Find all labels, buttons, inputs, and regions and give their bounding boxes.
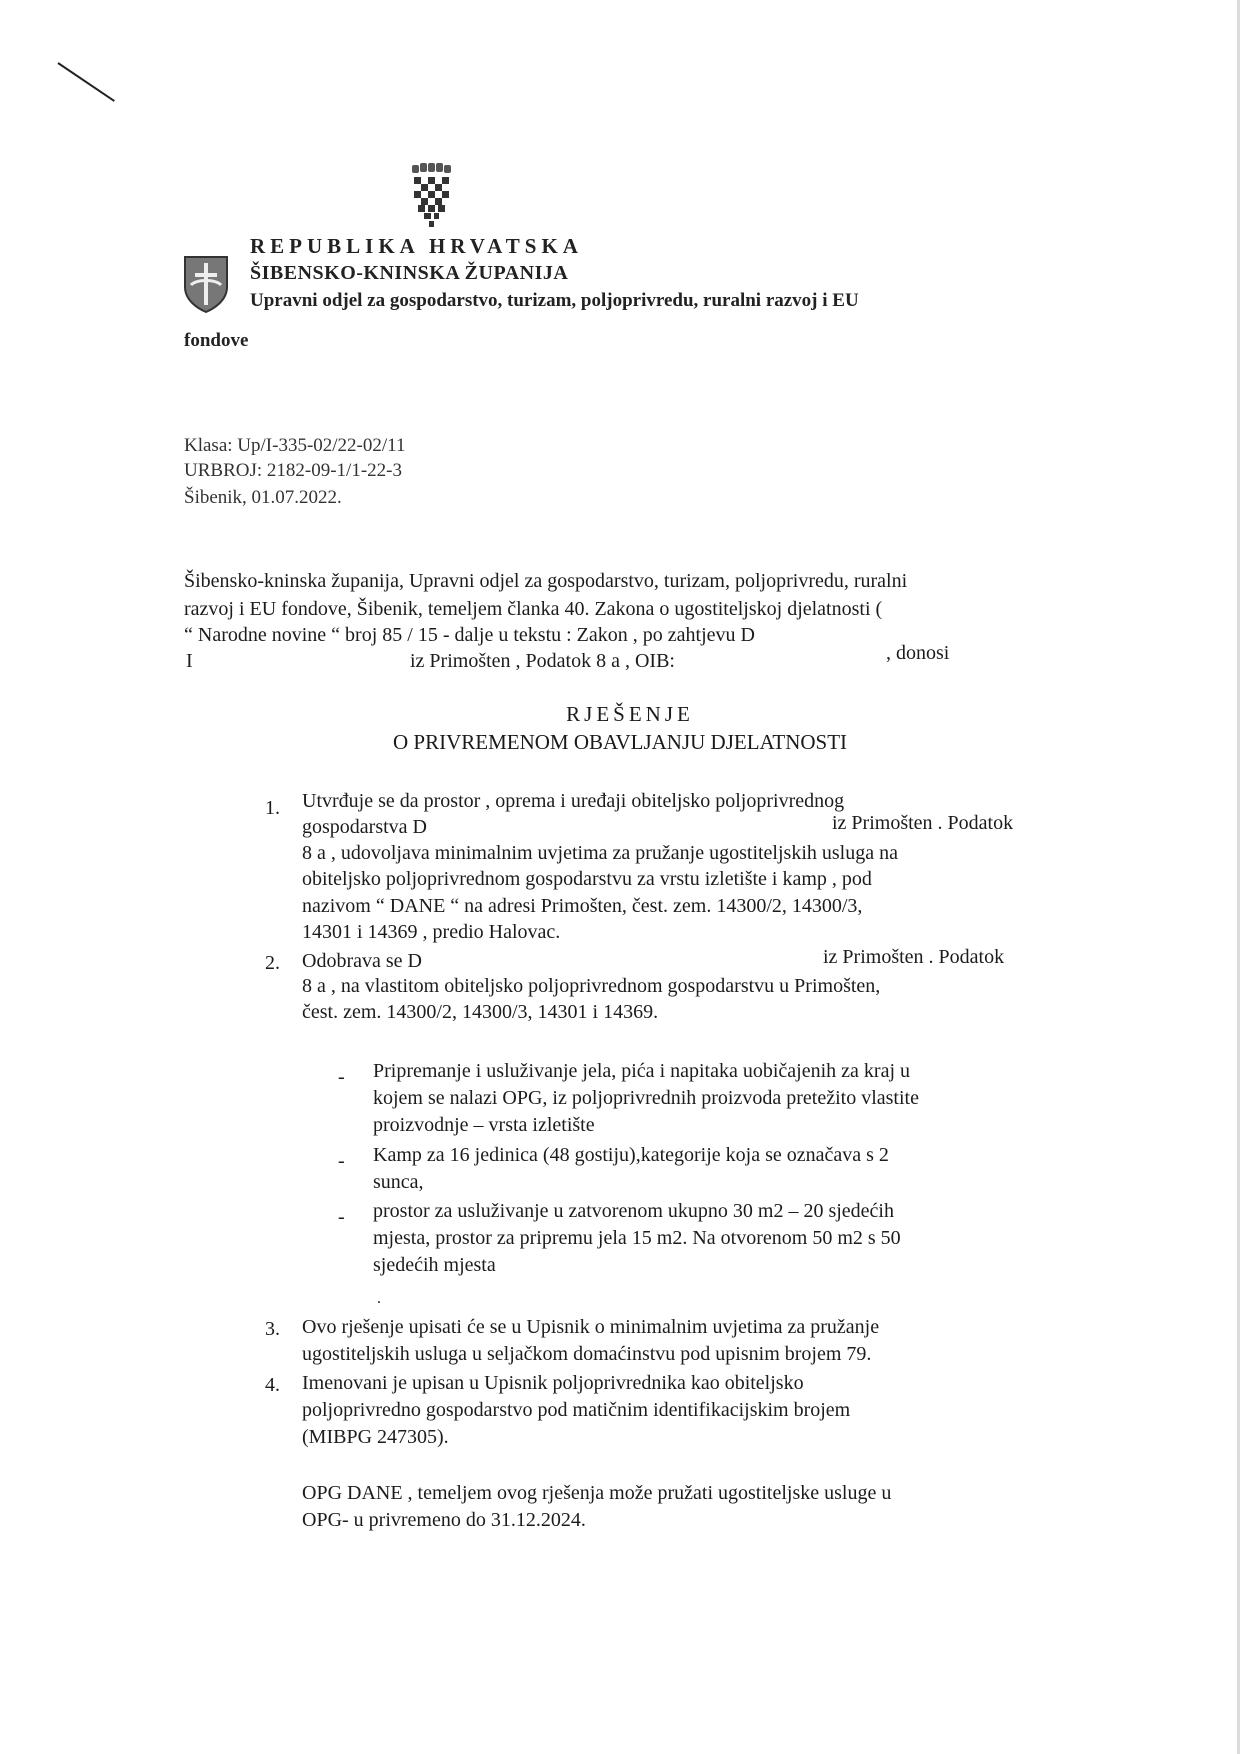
croatian-coat-of-arms-icon <box>410 163 454 235</box>
pen-mark <box>57 62 114 102</box>
item-line: Ovo rješenje upisati će se u Upisnik o m… <box>302 1316 879 1339</box>
bullet-marker: - <box>338 1206 345 1229</box>
item-number: 1. <box>265 797 280 820</box>
item-line: nazivom “ DANE “ na adresi Primošten, če… <box>302 895 862 918</box>
item-line: Utvrđuje se da prostor , oprema i uređaj… <box>302 790 844 813</box>
item-line: gospodarstva D <box>302 816 427 839</box>
decision-subtitle: O PRIVREMENOM OBAVLJANJU DJELATNOSTI <box>0 730 1240 755</box>
intro-line: Šibensko-kninska županija, Upravni odjel… <box>184 570 907 593</box>
item-line: obiteljsko poljoprivrednom gospodarstvu … <box>302 868 872 891</box>
department-name: Upravni odjel za gospodarstvo, turizam, … <box>250 290 859 312</box>
intro-line: , donosi <box>886 642 949 665</box>
klasa: Klasa: Up/I-335-02/22-02/11 <box>184 435 405 457</box>
item-line: 8 a , udovoljava minimalnim uvjetima za … <box>302 842 898 865</box>
item-line: iz Primošten . Podatok <box>823 946 1004 969</box>
county-shield-icon <box>183 255 229 313</box>
intro-line: iz Primošten , Podatok 8 a , OIB: <box>410 650 675 673</box>
bullet-line: prostor za usluživanje u zatvorenom ukup… <box>373 1200 894 1223</box>
decision-title: RJEŠENJE <box>0 702 1240 727</box>
bullet-line: sjedećih mjesta <box>373 1254 496 1277</box>
bullet-line: Pripremanje i usluživanje jela, pića i n… <box>373 1060 910 1083</box>
bullet-marker: - <box>338 1150 345 1173</box>
item-number: 3. <box>265 1318 280 1341</box>
item-line: Odobrava se D <box>302 950 422 973</box>
bullet-line: mjesta, prostor za pripremu jela 15 m2. … <box>373 1227 901 1250</box>
closing-line: OPG DANE , temeljem ovog rješenja može p… <box>302 1482 891 1505</box>
department-name-cont: fondove <box>184 330 248 352</box>
bullet-line: Kamp za 16 jedinica (48 gostiju),kategor… <box>373 1144 889 1167</box>
item-number: 2. <box>265 952 280 975</box>
bullet-marker: - <box>338 1066 345 1089</box>
redaction-marker: I <box>186 650 193 673</box>
item-number: 4. <box>265 1374 280 1397</box>
bullet-line: kojem se nalazi OPG, iz poljoprivrednih … <box>373 1087 919 1110</box>
urbroj: URBROJ: 2182-09-1/1-22-3 <box>184 460 402 482</box>
intro-line: razvoj i EU fondove, Šibenik, temeljem č… <box>184 598 882 621</box>
item-line: Imenovani je upisan u Upisnik poljoprivr… <box>302 1372 804 1395</box>
bullet-line: sunca, <box>373 1171 424 1194</box>
item-line: (MIBPG 247305). <box>302 1426 449 1449</box>
item-line: čest. zem. 14300/2, 14300/3, 14301 i 143… <box>302 1001 658 1024</box>
item-line: ugostiteljskih usluga u seljačkom domaći… <box>302 1343 871 1366</box>
item-line: iz Primošten . Podatok <box>832 812 1013 835</box>
place-date: Šibenik, 01.07.2022. <box>184 487 342 509</box>
republic-name: REPUBLIKA HRVATSKA <box>250 234 583 259</box>
bullet-line: proizvodnje – vrsta izletište <box>373 1114 595 1137</box>
item-line: 14301 i 14369 , predio Halovac. <box>302 921 560 944</box>
stray-dot: . <box>377 1290 381 1308</box>
county-name: ŠIBENSKO-KNINSKA ŽUPANIJA <box>250 262 568 285</box>
item-line: poljoprivredno gospodarstvo pod matičnim… <box>302 1399 850 1422</box>
closing-line: OPG- u privremeno do 31.12.2024. <box>302 1509 586 1532</box>
item-line: 8 a , na vlastitom obiteljsko poljoprivr… <box>302 975 880 998</box>
intro-line: “ Narodne novine “ broj 85 / 15 - dalje … <box>184 624 755 647</box>
